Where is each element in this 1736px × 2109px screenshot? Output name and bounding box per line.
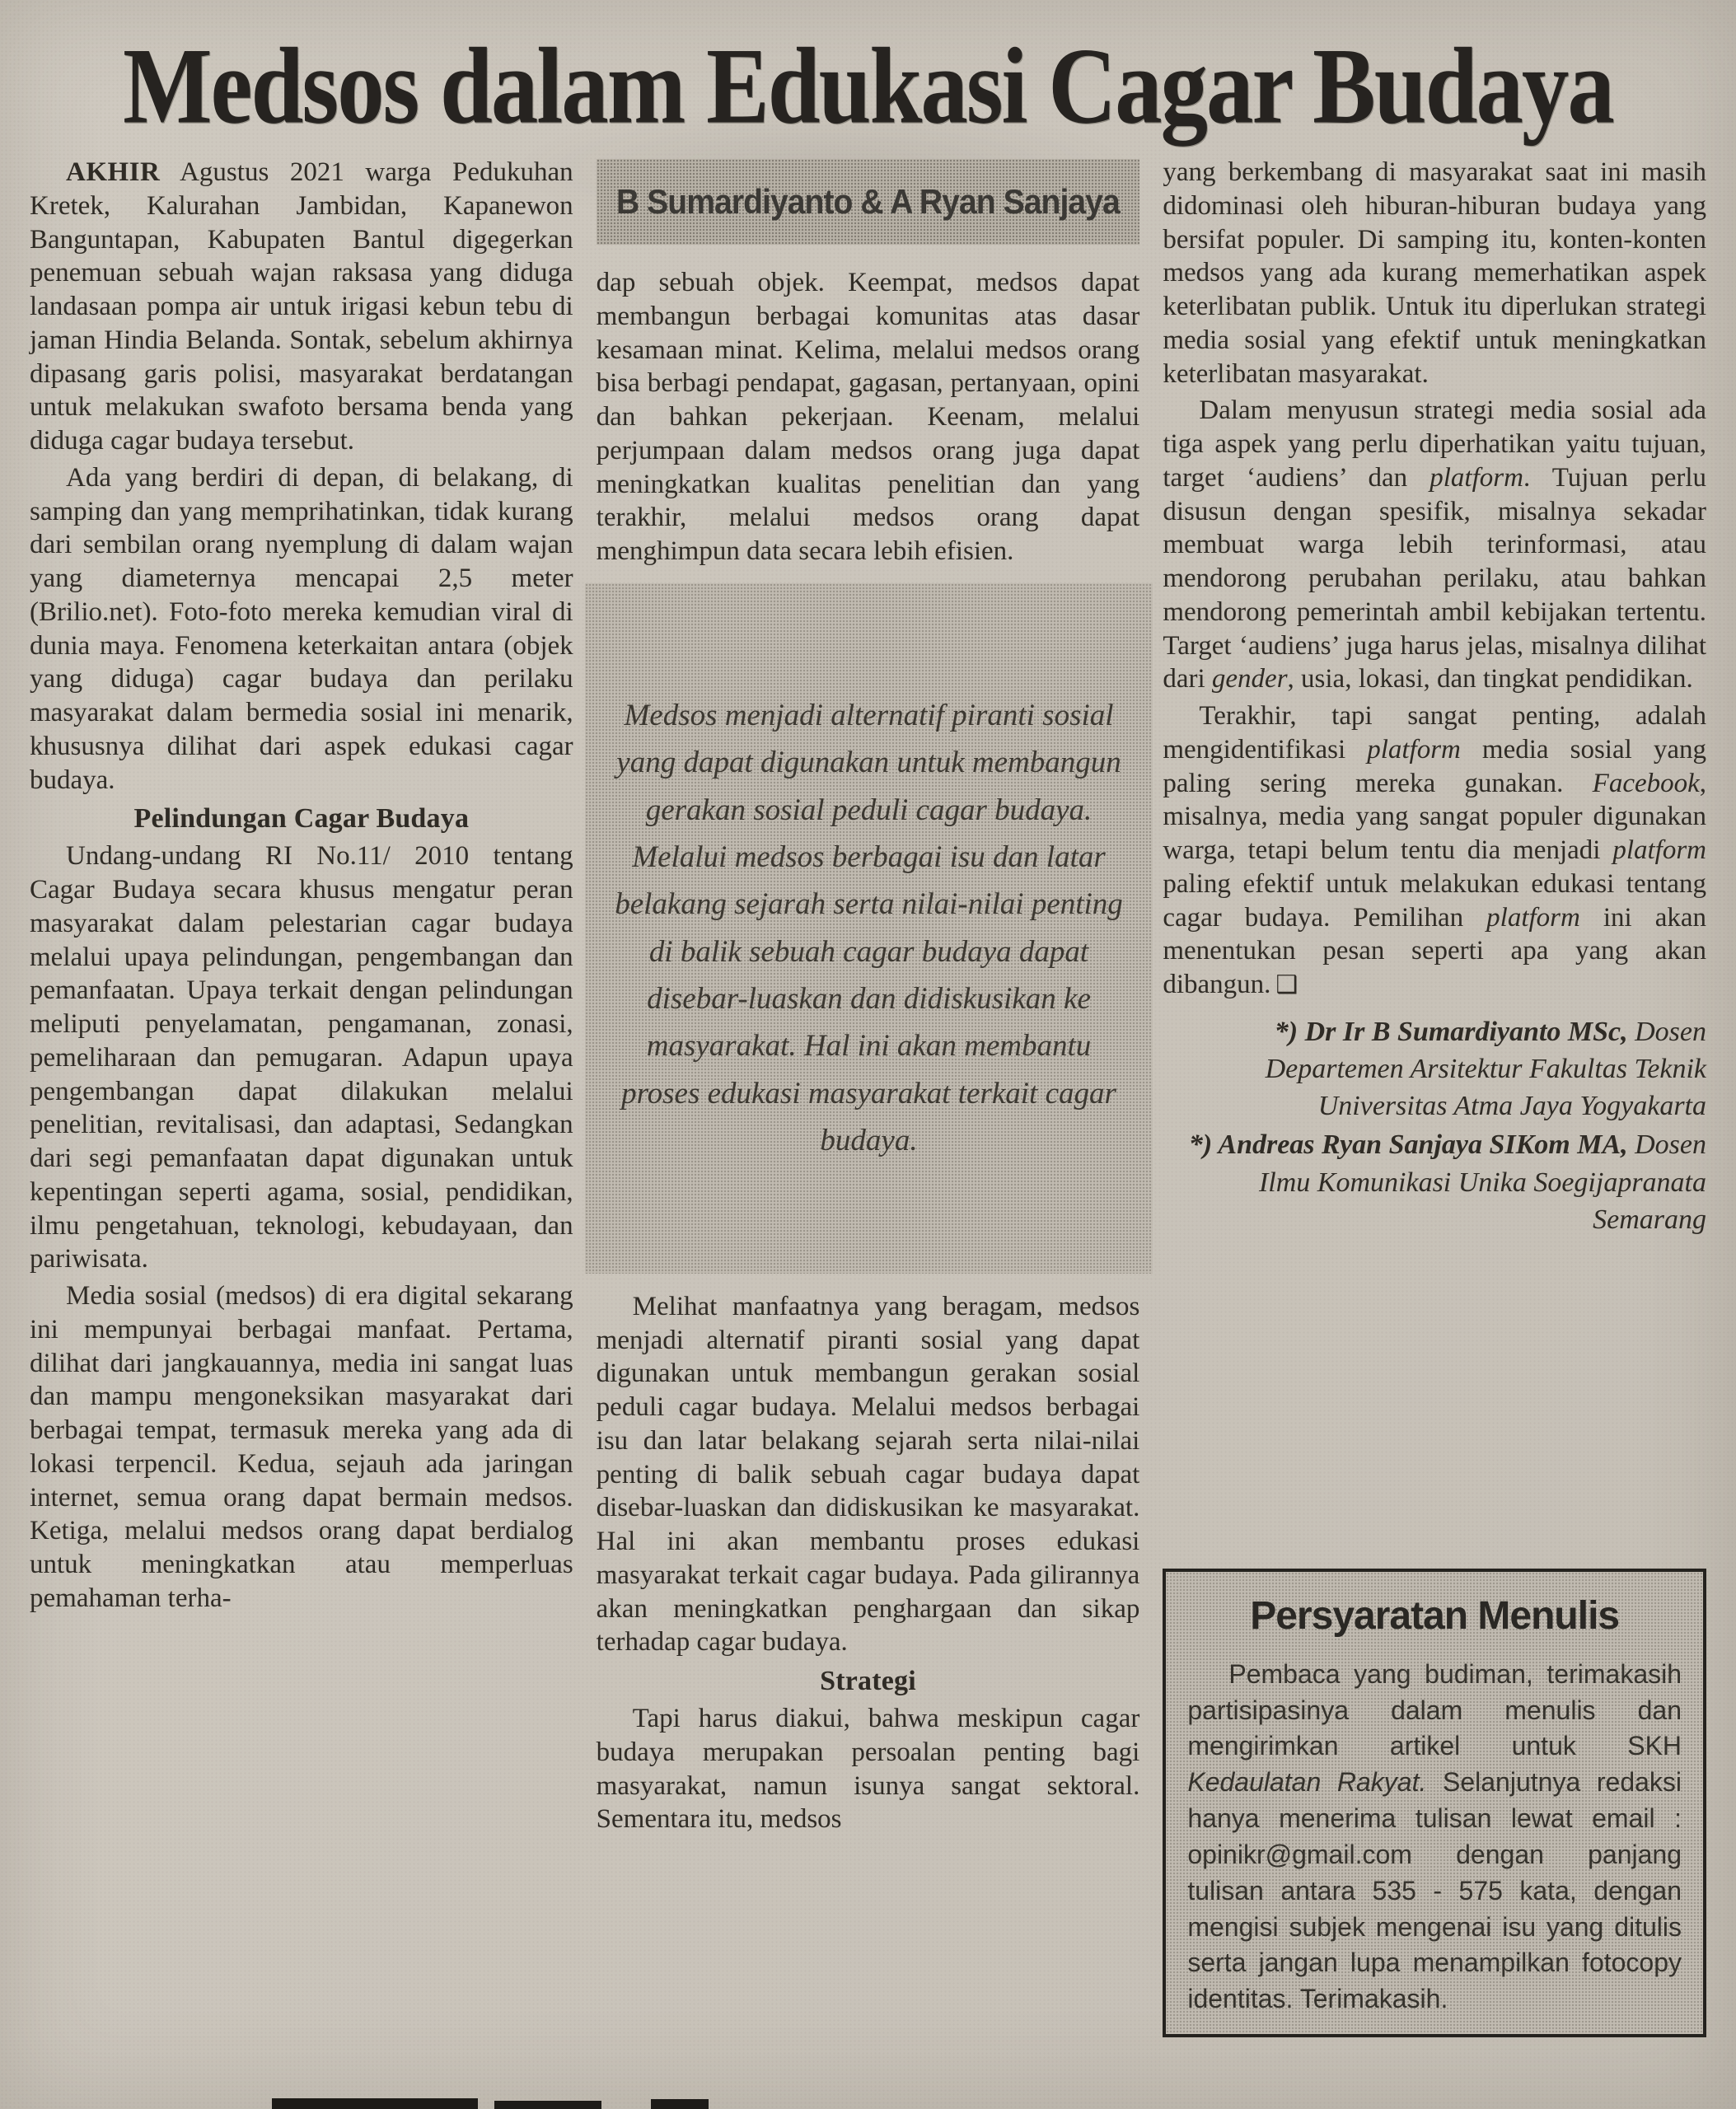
author-credits: *) Dr Ir B Sumardiyanto MSc, Dosen Depar… <box>1163 1013 1706 1240</box>
column-3: yang berkembang di masyarakat saat ini m… <box>1163 156 1706 2042</box>
subhead-strategi: Strategi <box>597 1666 1140 1697</box>
email-address: opinikr@gmail.com <box>1187 1840 1412 1869</box>
author-credit: *) Andreas Ryan Sanjaya SIKom MA, Dosen … <box>1163 1126 1706 1238</box>
paragraph-text: , usia, lokasi, dan tingkat pendidikan. <box>1288 664 1693 694</box>
subhead-pelindungan-cagar-budaya: Pelindungan Cagar Budaya <box>30 803 573 835</box>
lead-word: AKHIR <box>66 157 160 187</box>
column-2: B Sumardiyanto & A Ryan Sanjaya dap sebu… <box>597 156 1140 2042</box>
scan-artifact <box>494 2101 601 2109</box>
author-credit: *) Dr Ir B Sumardiyanto MSc, Dosen Depar… <box>1163 1013 1706 1125</box>
paragraph-text: . Tujuan perlu disusun dengan spesifik, … <box>1163 463 1706 694</box>
byline-box: B Sumardiyanto & A Ryan Sanjaya <box>597 159 1140 245</box>
italic-term-platform: platform <box>1612 835 1706 865</box>
paragraph-media-sosial-manfaat: Media sosial (medsos) di era digital sek… <box>30 1279 573 1616</box>
italic-term-platform: platform <box>1367 735 1461 765</box>
guidelines-text: Pembaca yang budiman, terimakasih partis… <box>1187 1659 1682 1761</box>
pull-quote-box: Medsos menjadi alternatif piranti sosial… <box>585 583 1153 1274</box>
article-headline: Medsos dalam Edukasi Cagar Budaya <box>123 25 1613 150</box>
paragraph-yang-berkembang: yang berkembang di masyarakat saat ini m… <box>1163 156 1706 390</box>
guidelines-body: Pembaca yang budiman, terimakasih partis… <box>1187 1657 1682 2018</box>
headline-row: Medsos dalam Edukasi Cagar Budaya <box>0 0 1736 134</box>
column-1: AKHIR Agustus 2021 warga Pedukuhan Krete… <box>30 156 573 2042</box>
publication-name: Kedaulatan Rakyat. <box>1187 1767 1426 1797</box>
italic-term-platform: platform <box>1430 463 1523 493</box>
paragraph-ada-yang-berdiri: Ada yang berdiri di depan, di belakang, … <box>30 461 573 797</box>
scan-artifact <box>651 2099 709 2109</box>
guidelines-title: Persyaratan Menulis <box>1187 1593 1682 1639</box>
paragraph-akhir: AKHIR Agustus 2021 warga Pedukuhan Krete… <box>30 156 573 458</box>
credit-name: *) Dr Ir B Sumardiyanto MSc, <box>1275 1017 1628 1047</box>
byline-authors: B Sumardiyanto & A Ryan Sanjaya <box>616 182 1120 222</box>
article-end-square-icon: ❑ <box>1270 971 1298 998</box>
credit-name: *) Andreas Ryan Sanjaya SIKom MA, <box>1189 1129 1628 1160</box>
paragraph-undang-undang: Undang-undang RI No.11/ 2010 tentang Cag… <box>30 839 573 1276</box>
paragraph-melihat-manfaatnya: Melihat manfaatnya yang beragam, medsos … <box>597 1290 1140 1659</box>
italic-term-platform: platform <box>1486 903 1580 933</box>
paragraph-text: Agustus 2021 warga Pedukuhan Kretek, Kal… <box>30 157 573 456</box>
newspaper-scan: { "masthead": { "headline": "Medsos dala… <box>0 0 1736 2109</box>
paragraph-dalam-menyusun-strategi: Dalam menyusun strategi media sosial ada… <box>1163 394 1706 696</box>
pull-quote-text: Medsos menjadi alternatif piranti sosial… <box>615 692 1124 1164</box>
paragraph-keempat-kelima-keenam: dap sebuah objek. Keempat, medsos dapat … <box>597 266 1140 568</box>
article-columns: AKHIR Agustus 2021 warga Pedukuhan Krete… <box>0 156 1736 2042</box>
newspaper-page: Medsos dalam Edukasi Cagar Budaya AKHIR … <box>0 0 1736 2109</box>
italic-term-facebook: Facebook <box>1593 769 1700 798</box>
paragraph-tapi-harus-diakui: Tapi harus diakui, bahwa meskipun cagar … <box>597 1702 1140 1836</box>
writing-guidelines-box: Persyaratan Menulis Pembaca yang budiman… <box>1163 1569 1706 2037</box>
scan-artifact <box>272 2098 478 2109</box>
paragraph-terakhir-platform: Terakhir, tapi sangat penting, adalah me… <box>1163 699 1706 1002</box>
italic-term-gender: gender <box>1212 664 1288 694</box>
